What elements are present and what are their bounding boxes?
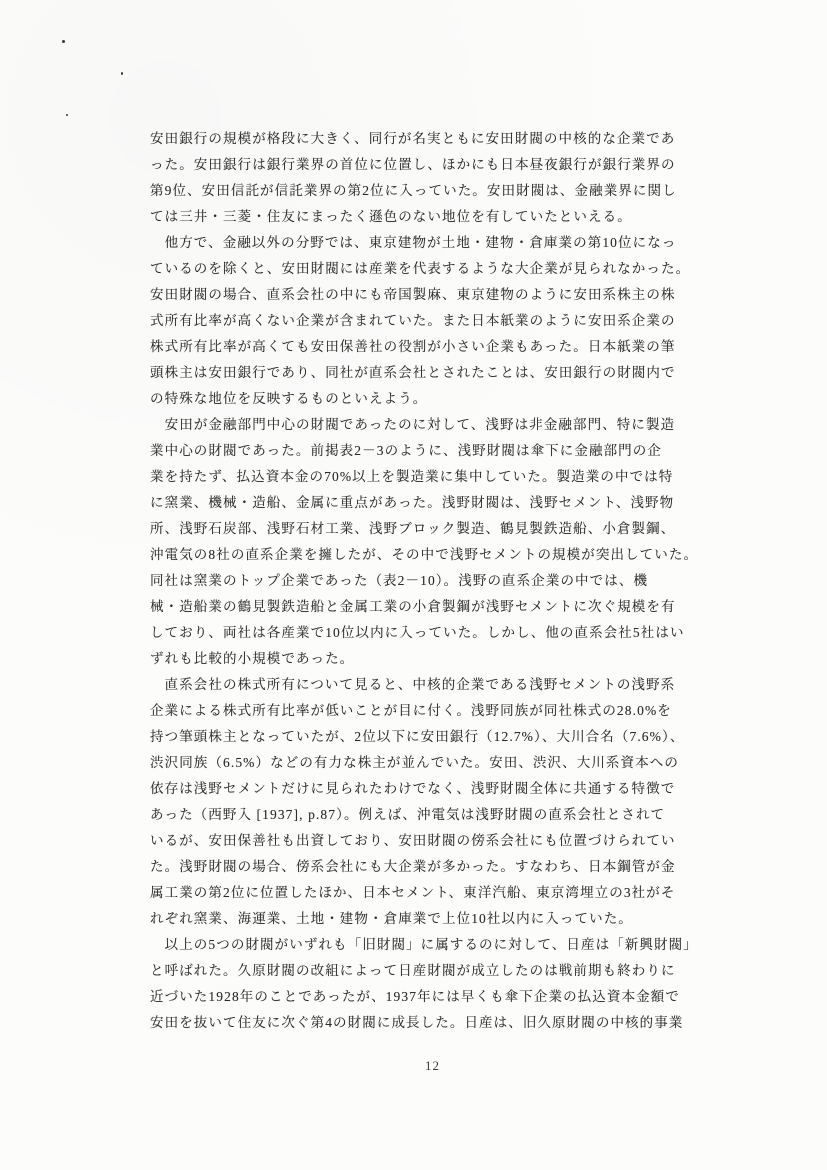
page-number: 12 — [150, 1058, 715, 1074]
body-text-block: 安田銀行の規模が格段に大きく、同行が名実ともに安田財閥の中核的な企業であった。安… — [150, 126, 715, 1036]
text-line: ては三井・三菱・住友にまったく遜色のない地位を有していたといえる。 — [150, 204, 715, 230]
text-line: 械・造船業の鶴見製鉄造船と金属工業の小倉製鋼が浅野セメントに次ぐ規模を有 — [150, 594, 715, 620]
text-line: いるが、安田保善社も出資しており、安田財閥の傍系会社にも位置づけられてい — [150, 828, 715, 854]
text-line: 式所有比率が高くない企業が含まれていた。また日本紙業のように安田系企業の — [150, 308, 715, 334]
text-line: と呼ばれた。久原財閥の改組によって日産財閥が成立したのは戦前期も終わりに — [150, 958, 715, 984]
text-line: 業中心の財閥であった。前掲表2－3のように、浅野財閥は傘下に金融部門の企 — [150, 438, 715, 464]
paragraph: 安田銀行の規模が格段に大きく、同行が名実ともに安田財閥の中核的な企業であった。安… — [150, 126, 715, 230]
text-line: に窯業、機械・造船、金属に重点があった。浅野財閥は、浅野セメント、浅野物 — [150, 490, 715, 516]
text-line: 以上の5つの財閥がいずれも「旧財閥」に属するのに対して、日産は「新興財閥」 — [150, 932, 715, 958]
text-line: 他方で、金融以外の分野では、東京建物が土地・建物・倉庫業の第10位になっ — [150, 230, 715, 256]
text-line: 持つ筆頭株主となっていたが、2位以下に安田銀行（12.7%）、大川合名（7.6%… — [150, 724, 715, 750]
text-line: あった（西野入 [1937], p.87）。例えば、沖電気は浅野財閥の直系会社と… — [150, 802, 715, 828]
text-line: しており、両社は各産業で10位以内に入っていた。しかし、他の直系会社5社はい — [150, 620, 715, 646]
text-line: 属工業の第2位に位置したほか、日本セメント、東洋汽船、東京湾埋立の3社がそ — [150, 880, 715, 906]
text-line: ているのを除くと、安田財閥には産業を代表するような大企業が見られなかった。 — [150, 256, 715, 282]
text-line: 同社は窯業のトップ企業であった（表2－10）。浅野の直系企業の中では、機 — [150, 568, 715, 594]
text-line: 株式所有比率が高くても安田保善社の役割が小さい企業もあった。日本紙業の筆 — [150, 334, 715, 360]
text-line: 第9位、安田信託が信託業界の第2位に入っていた。安田財閥は、金融業界に関し — [150, 178, 715, 204]
text-line: 頭株主は安田銀行であり、同社が直系会社とされたことは、安田銀行の財閥内で — [150, 360, 715, 386]
scan-speckle — [121, 72, 123, 75]
text-line: 依存は浅野セメントだけに見られたわけでなく、浅野財閥全体に共通する特徴で — [150, 776, 715, 802]
text-line: 渋沢同族（6.5%）などの有力な株主が並んでいた。安田、渋沢、大川系資本への — [150, 750, 715, 776]
scan-speckle — [66, 114, 68, 116]
text-line: 安田が金融部門中心の財閥であったのに対して、浅野は非金融部門、特に製造 — [150, 412, 715, 438]
text-line: 直系会社の株式所有について見ると、中核的企業である浅野セメントの浅野系 — [150, 672, 715, 698]
text-line: 業を持たず、払込資本金の70%以上を製造業に集中していた。製造業の中では特 — [150, 464, 715, 490]
text-line: 沖電気の8社の直系企業を擁したが、その中で浅野セメントの規模が突出していた。 — [150, 542, 715, 568]
text-line: れぞれ窯業、海運業、土地・建物・倉庫業で上位10社以内に入っていた。 — [150, 906, 715, 932]
paragraph: 以上の5つの財閥がいずれも「旧財閥」に属するのに対して、日産は「新興財閥」と呼ば… — [150, 932, 715, 1036]
paragraph: 安田が金融部門中心の財閥であったのに対して、浅野は非金融部門、特に製造業中心の財… — [150, 412, 715, 672]
text-line: った。安田銀行は銀行業界の首位に位置し、ほかにも日本昼夜銀行が銀行業界の — [150, 152, 715, 178]
text-line: ずれも比較的小規模であった。 — [150, 646, 715, 672]
text-line: の特殊な地位を反映するものといえよう。 — [150, 386, 715, 412]
text-line: 安田銀行の規模が格段に大きく、同行が名実ともに安田財閥の中核的な企業であ — [150, 126, 715, 152]
scanned-document-page: 安田銀行の規模が格段に大きく、同行が名実ともに安田財閥の中核的な企業であった。安… — [0, 0, 827, 1170]
text-line: 近づいた1928年のことであったが、1937年には早くも傘下企業の払込資本金額で — [150, 984, 715, 1010]
text-line: 所、浅野石炭部、浅野石材工業、浅野ブロック製造、鶴見製鉄造船、小倉製鋼、 — [150, 516, 715, 542]
text-line: 企業による株式所有比率が低いことが目に付く。浅野同族が同社株式の28.0%を — [150, 698, 715, 724]
text-line: 安田財閥の場合、直系会社の中にも帝国製麻、東京建物のように安田系株主の株 — [150, 282, 715, 308]
paragraph: 直系会社の株式所有について見ると、中核的企業である浅野セメントの浅野系企業による… — [150, 672, 715, 932]
paragraph: 他方で、金融以外の分野では、東京建物が土地・建物・倉庫業の第10位になっているの… — [150, 230, 715, 412]
text-line: 安田を抜いて住友に次ぐ第4の財閥に成長した。日産は、旧久原財閥の中核的事業 — [150, 1010, 715, 1036]
text-line: た。浅野財閥の場合、傍系会社にも大企業が多かった。すなわち、日本鋼管が金 — [150, 854, 715, 880]
scan-speckle — [62, 40, 65, 43]
